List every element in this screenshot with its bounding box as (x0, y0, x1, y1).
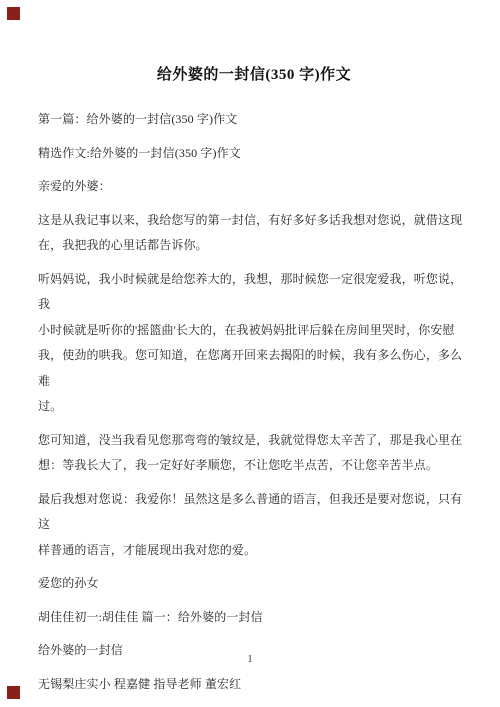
document-content: 给外婆的一封信(350 字)作文 第一篇：给外婆的一封信(350 字)作文精选作… (38, 0, 470, 705)
document-body: 第一篇：给外婆的一封信(350 字)作文精选作文:给外婆的一封信(350 字)作… (38, 107, 470, 697)
paragraph: 无锡梨庄实小 程嘉健 指导老师 董宏红 (38, 672, 470, 698)
paragraph: 这是从我记事以来，我给您写的第一封信，有好多好多话我想对您说，就借这现 在，我把… (38, 208, 470, 259)
paragraph: 听妈妈说，我小时候就是给您养大的，我想，那时候您一定很宠爱我，听您说，我 小时候… (38, 267, 470, 420)
paragraph: 胡佳佳初一:胡佳佳 篇一：给外婆的一封信 (38, 605, 470, 631)
paragraph: 精选作文:给外婆的一封信(350 字)作文 (38, 141, 470, 167)
document-page: 给外婆的一封信(350 字)作文 第一篇：给外婆的一封信(350 字)作文精选作… (0, 0, 500, 707)
paragraph: 您可知道，没当我看见您那弯弯的皱纹是，我就觉得您太辛苦了，那是我心里在 想：等我… (38, 428, 470, 479)
page-number: 1 (0, 652, 500, 666)
paragraph: 第一篇：给外婆的一封信(350 字)作文 (38, 107, 470, 133)
red-square-marker-bottom (7, 686, 20, 699)
paragraph: 爱您的孙女 (38, 571, 470, 597)
red-square-marker-top (7, 7, 20, 20)
paragraph: 亲爱的外婆： (38, 174, 470, 200)
paragraph: 最后我想对您说：我爱你！虽然这是多么普通的语言，但我还是要对您说，只有这 样普通… (38, 487, 470, 564)
document-title: 给外婆的一封信(350 字)作文 (38, 62, 470, 88)
